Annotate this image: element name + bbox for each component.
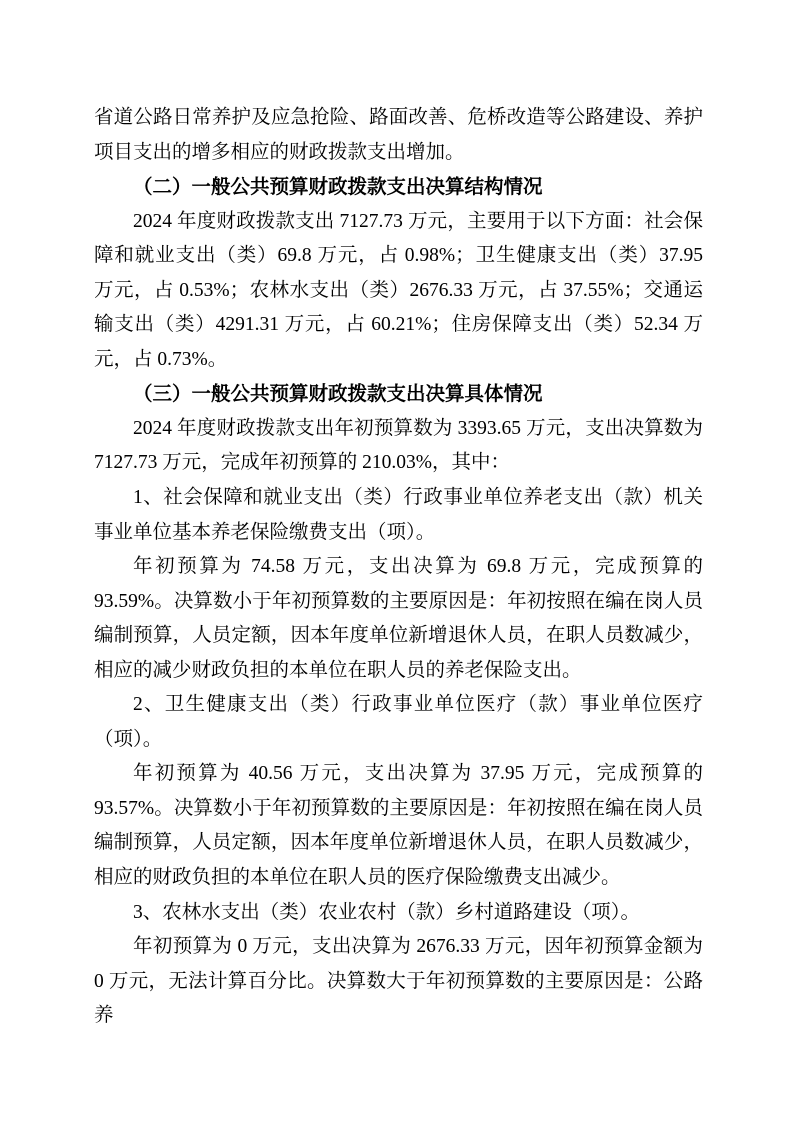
- document-body: 省道公路日常养护及应急抢险、路面改善、危桥改造等公路建设、养护项目支出的增多相应…: [94, 101, 703, 1034]
- section-heading-2: （二）一般公共预算财政拨款支出决算结构情况: [94, 170, 703, 205]
- document-page: 省道公路日常养护及应急抢险、路面改善、危桥改造等公路建设、养护项目支出的增多相应…: [0, 0, 793, 1122]
- paragraph-item-2-title: 2、卫生健康支出（类）行政事业单位医疗（款）事业单位医疗（项）。: [94, 688, 703, 757]
- paragraph-expenditure-structure: 2024 年度财政拨款支出 7127.73 万元，主要用于以下方面：社会保障和就…: [94, 205, 703, 378]
- paragraph-item-3-title: 3、农林水支出（类）农业农村（款）乡村道路建设（项）。: [94, 896, 703, 931]
- paragraph-item-1-detail: 年初预算为 74.58 万元，支出决算为 69.8 万元，完成预算的 93.59…: [94, 550, 703, 688]
- paragraph-item-2-detail: 年初预算为 40.56 万元，支出决算为 37.95 万元，完成预算的 93.5…: [94, 757, 703, 895]
- section-heading-3: （三）一般公共预算财政拨款支出决算具体情况: [94, 377, 703, 412]
- paragraph-budget-overview: 2024 年度财政拨款支出年初预算数为 3393.65 万元，支出决算数为 71…: [94, 412, 703, 481]
- paragraph-item-1-title: 1、社会保障和就业支出（类）行政事业单位养老支出（款）机关事业单位基本养老保险缴…: [94, 481, 703, 550]
- paragraph-item-3-detail: 年初预算为 0 万元，支出决算为 2676.33 万元，因年初预算金额为 0 万…: [94, 930, 703, 1034]
- paragraph-continuation: 省道公路日常养护及应急抢险、路面改善、危桥改造等公路建设、养护项目支出的增多相应…: [94, 101, 703, 170]
